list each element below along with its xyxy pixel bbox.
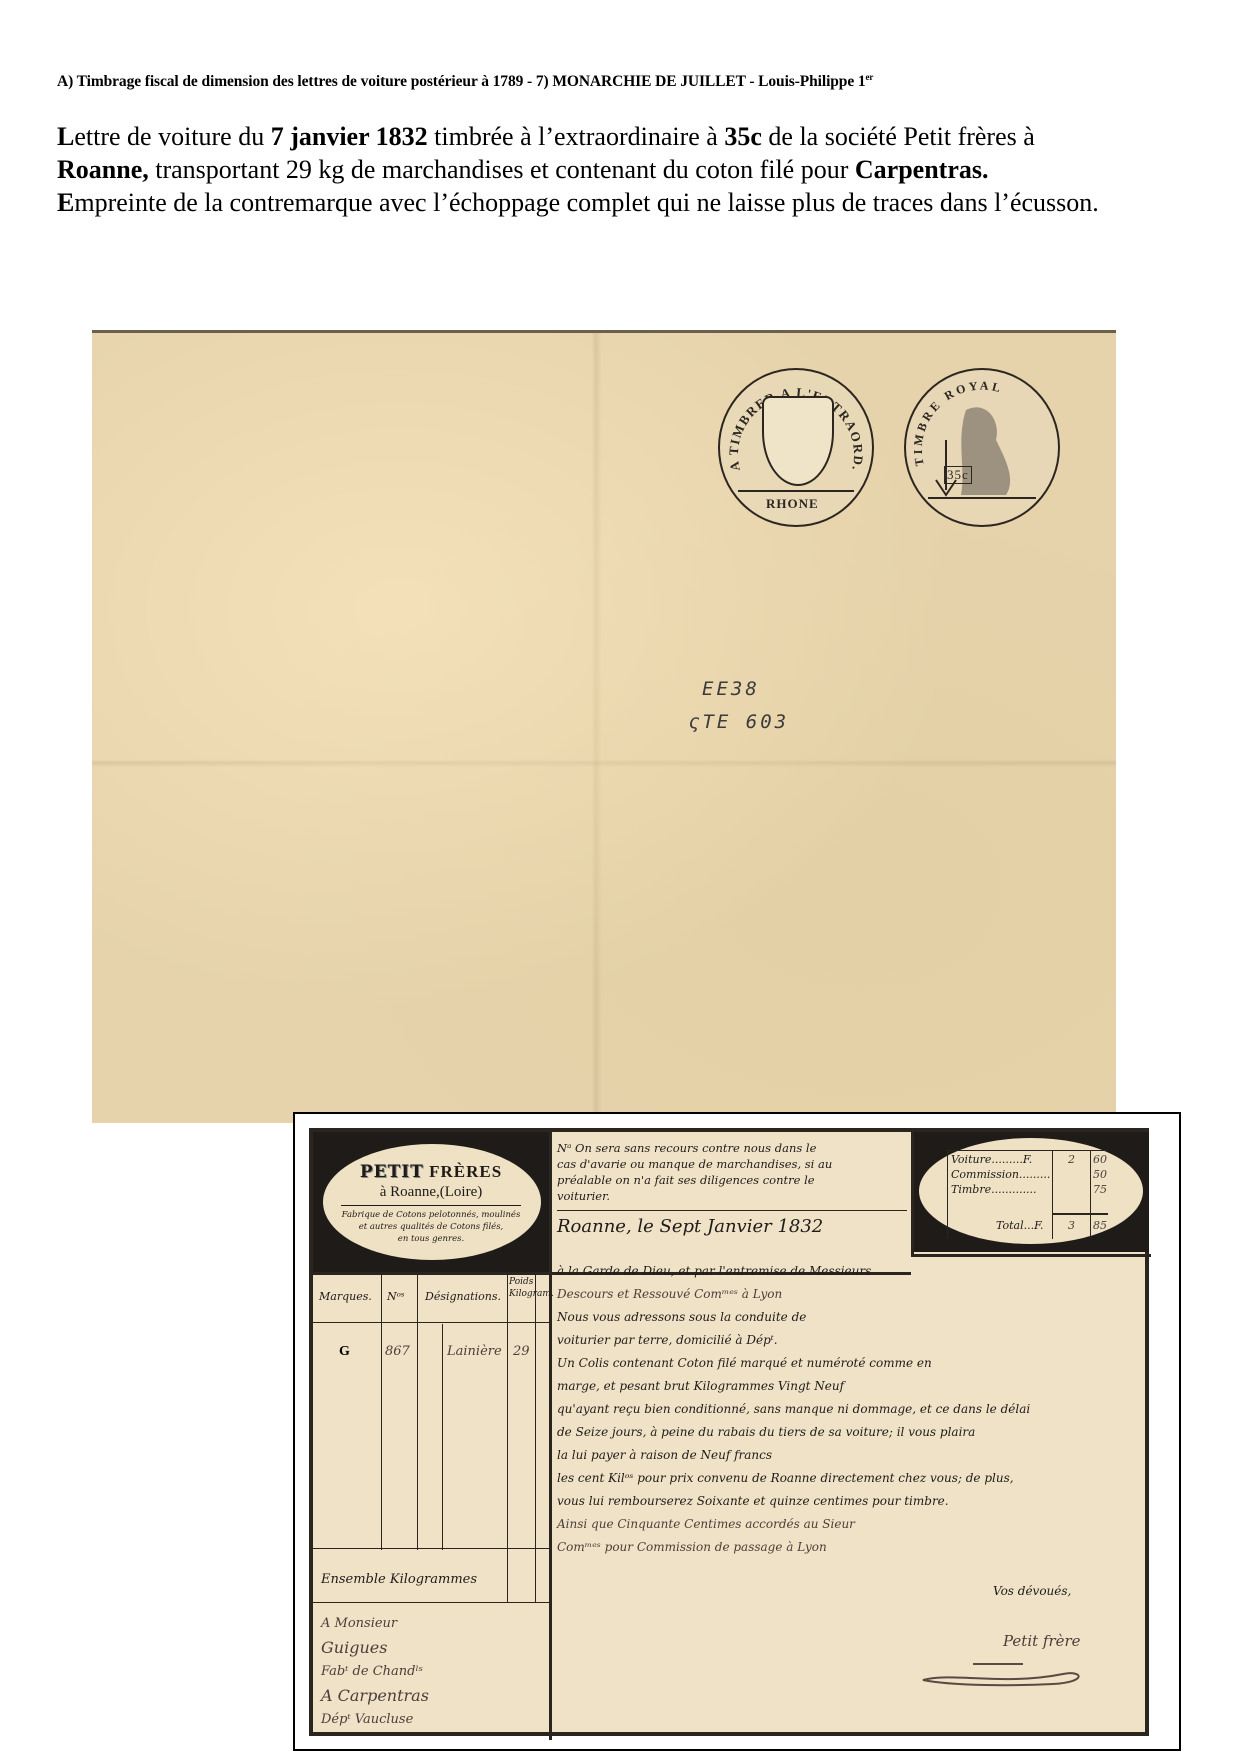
company-cartouche: PETIT FRÈRES à Roanne,(Loire) Fabrique d… bbox=[313, 1132, 549, 1272]
waybill-front-inset: PETIT FRÈRES à Roanne,(Loire) Fabrique d… bbox=[293, 1112, 1181, 1751]
place-date: Roanne, le Sept Janvier 1832 bbox=[557, 1216, 907, 1237]
cost-cartouche: Voiture.........F. 2 60 Commission......… bbox=[911, 1132, 1149, 1252]
page-heading: A) Timbrage fiscal de dimension des lett… bbox=[57, 72, 873, 91]
waybill-form: PETIT FRÈRES à Roanne,(Loire) Fabrique d… bbox=[309, 1128, 1149, 1736]
waybill-reverse-scan: A TIMBRER A L'EXTRAORD. RHONE TIMBRE ROY… bbox=[92, 330, 1116, 1123]
description: Lettre de voiture du 7 janvier 1832 timb… bbox=[57, 120, 1197, 219]
royal-fiscal-stamp: TIMBRE ROYAL 35c bbox=[904, 368, 1060, 527]
letter-body: à la Garde de Dieu, et par l'entremise d… bbox=[557, 1260, 1117, 1559]
signature-flourish bbox=[913, 1652, 1113, 1692]
consignee-address: A MonsieurGuiguesFabᵗ de ChandˡˢA Carpen… bbox=[321, 1612, 429, 1732]
closing: Vos dévoués, bbox=[993, 1584, 1071, 1598]
extraordinary-fiscal-stamp: A TIMBRER A L'EXTRAORD. RHONE bbox=[718, 368, 874, 527]
signature: Petit frère bbox=[1003, 1632, 1081, 1650]
handwritten-reference-2: ςTE 603 bbox=[688, 711, 789, 733]
handwritten-reference-1: EE38 bbox=[702, 678, 760, 700]
liability-notice: Nᵃ On sera sans recours contre nous dans… bbox=[557, 1140, 832, 1204]
